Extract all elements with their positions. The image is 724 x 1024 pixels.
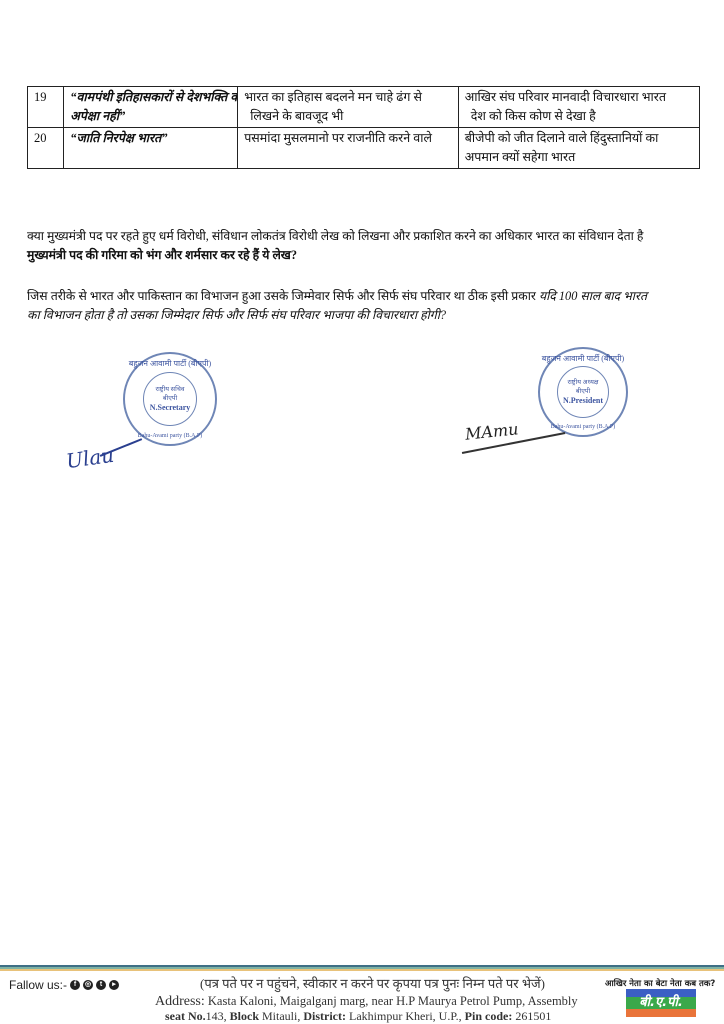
stripe <box>0 969 724 971</box>
seal-ring-text: बहुजन आवामी पार्टी (बीएपी) <box>125 358 215 369</box>
seal-title: N.Secretary <box>125 403 215 412</box>
row-number: 19 <box>28 87 64 128</box>
row-context-line1: भारत का इतिहास बदलने मन चाहे ढंग से <box>244 88 452 107</box>
row-question-line1: आखिर संघ परिवार मानवादी विचारधारा भारत <box>465 88 693 107</box>
row-question: बीजेपी को जीत दिलाने वाले हिंदुस्तानियों… <box>458 128 699 169</box>
footer-divider <box>0 965 724 971</box>
row-context: भारत का इतिहास बदलने मन चाहे ढंग से लिखन… <box>238 87 459 128</box>
row-question-line1: बीजेपी को जीत दिलाने वाले हिंदुस्तानियों… <box>465 129 693 148</box>
paragraph-text: जिस तरीके से भारत और पाकिस्तान का विभाजन… <box>27 289 539 303</box>
paragraph-partition-question: जिस तरीके से भारत और पाकिस्तान का विभाजन… <box>27 287 707 325</box>
block-label: Block <box>230 1009 259 1023</box>
row-title: “वामपंथी इतिहासकारों से देशभक्ति क अपेक्… <box>64 87 238 128</box>
paragraph-bold-line: मुख्यमंत्री पद की गरिमा को भंग और शर्मसा… <box>27 246 707 265</box>
row-context-line1: पसमांदा मुसलमानो पर राजनीति करने वाले <box>244 129 452 148</box>
paragraph-constitution-question: क्या मुख्यमंत्री पद पर रहते हुए धर्म विर… <box>27 227 707 265</box>
address-text: Kasta Kaloni, Maigalganj marg, near H.P … <box>205 994 578 1008</box>
logo-text: बी.ए.पी. <box>626 997 696 1009</box>
row-question: आखिर संघ परिवार मानवादी विचारधारा भारत द… <box>458 87 699 128</box>
president-seal: बहुजन आवामी पार्टी (बीएपी) राष्ट्रीय अध्… <box>538 347 628 437</box>
party-tagline: आखिर नेता का बेटा नेता कब तक? <box>605 978 715 989</box>
issues-table: 19 “वामपंथी इतिहासकारों से देशभक्ति क अप… <box>27 86 700 169</box>
facebook-icon[interactable]: f <box>70 980 80 990</box>
paragraph-italic-text: यदि 100 साल बाद भारत <box>539 289 647 303</box>
youtube-icon[interactable]: ▸ <box>109 980 119 990</box>
row-question-line2: देश को किस कोण से देखा है <box>465 107 693 126</box>
table-row: 20 “जाति निरपेक्ष भारत” पसमांदा मुसलमानो… <box>28 128 700 169</box>
seal-line: बीएपी <box>125 393 215 402</box>
seat-value: 143, <box>206 1009 230 1023</box>
table-row: 19 “वामपंथी इतिहासकारों से देशभक्ति क अप… <box>28 87 700 128</box>
secretary-seal: बहुजन आवामी पार्टी (बीएपी) राष्ट्रीय सचि… <box>123 352 217 446</box>
party-logo: बी.ए.पी. <box>626 989 696 1017</box>
seal-title: N.President <box>540 396 626 405</box>
address-line-1: Address: Kasta Kaloni, Maigalganj marg, … <box>155 994 578 1010</box>
row-context: पसमांदा मुसलमानो पर राजनीति करने वाले <box>238 128 459 169</box>
address-line-2: seat No.143, Block Mitauli, District: La… <box>165 1009 551 1024</box>
seat-label: seat No. <box>165 1009 206 1023</box>
seal-ring-text: Bahu-Avami party (B.A.P) <box>540 424 626 430</box>
president-signature: MAmu <box>464 419 519 443</box>
seal-line: बीएपी <box>540 386 626 395</box>
secretary-signature: Ulau <box>65 443 116 473</box>
district-value: Lakhimpur Kheri, U.P., <box>346 1009 465 1023</box>
row-number: 20 <box>28 128 64 169</box>
paragraph-line: जिस तरीके से भारत और पाकिस्तान का विभाजन… <box>27 287 707 306</box>
row-title-line2: अपेक्षा नहीं” <box>70 107 231 126</box>
instagram-icon[interactable]: ◎ <box>83 980 93 990</box>
return-note: (पत्र पते पर न पहुंचने, स्वीकार न करने प… <box>200 974 545 992</box>
follow-us: Fallow us:- f ◎ t ▸ <box>9 978 119 992</box>
block-value: Mitauli, <box>259 1009 303 1023</box>
address-label: Address: <box>155 994 205 1009</box>
seal-ring-text: बहुजन आवामी पार्टी (बीएपी) <box>540 353 626 364</box>
row-context-line2: लिखने के बावजूद भी <box>244 107 452 126</box>
row-title-line1: “वामपंथी इतिहासकारों से देशभक्ति क <box>70 88 231 107</box>
twitter-icon[interactable]: t <box>96 980 106 990</box>
district-label: District: <box>303 1009 346 1023</box>
follow-label: Fallow us:- <box>9 978 67 992</box>
row-question-line2: अपमान क्यों सहेगा भारत <box>465 148 693 167</box>
pin-value: 261501 <box>512 1009 551 1023</box>
row-title-line1: “जाति निरपेक्ष भारत” <box>70 129 231 148</box>
row-title: “जाति निरपेक्ष भारत” <box>64 128 238 169</box>
paragraph-line: क्या मुख्यमंत्री पद पर रहते हुए धर्म विर… <box>27 227 707 246</box>
paragraph-italic-line: का विभाजन होता है तो उसका जिम्मेदार सिर्… <box>27 306 707 325</box>
pin-label: Pin code: <box>465 1009 513 1023</box>
seal-line: राष्ट्रीय सचिव <box>125 384 215 393</box>
seal-line: राष्ट्रीय अध्यक्ष <box>540 377 626 386</box>
